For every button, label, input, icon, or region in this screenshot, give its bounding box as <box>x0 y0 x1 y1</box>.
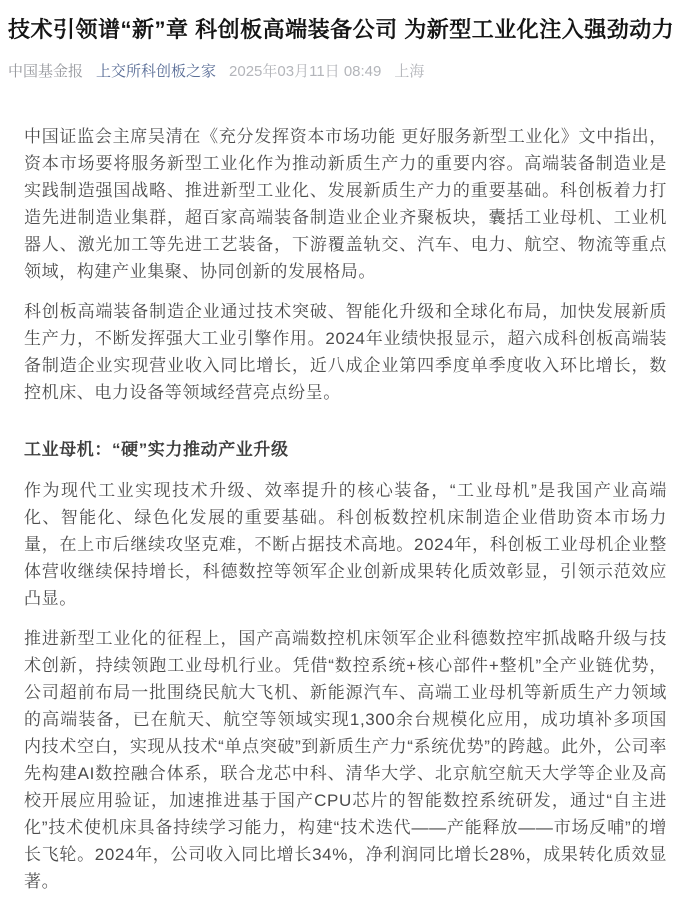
article-body: 中国证监会主席吴清在《充分发挥资本市场功能 更好服务新型工业化》文中指出，资本市… <box>8 123 683 895</box>
paragraph-section-2: 推进新型工业化的征程上，国产高端数控机床领军企业科德数控牢抓战略升级与技术创新，… <box>24 625 667 895</box>
source-name: 中国基金报 <box>8 61 83 82</box>
account-link[interactable]: 上交所科创板之家 <box>96 61 216 82</box>
publish-location: 上海 <box>394 61 424 82</box>
paragraph-section-1: 作为现代工业实现技术升级、效率提升的核心装备，“工业母机”是我国产业高端化、智能… <box>24 477 667 612</box>
paragraph-intro-2: 科创板高端装备制造企业通过技术突破、智能化升级和全球化布局，加快发展新质生产力，… <box>24 298 667 406</box>
article-meta: 中国基金报 上交所科创板之家 2025年03月11日 08:49 上海 <box>8 61 683 82</box>
article-title: 技术引领谱“新”章 科创板高端装备公司 为新型工业化注入强劲动力 <box>8 14 683 46</box>
publish-datetime: 2025年03月11日 08:49 <box>229 61 381 82</box>
paragraph-intro-1: 中国证监会主席吴清在《充分发挥资本市场功能 更好服务新型工业化》文中指出，资本市… <box>24 123 667 285</box>
section-heading-machine-tools: 工业母机：“硬”实力推动产业升级 <box>24 436 667 463</box>
article-page: 技术引领谱“新”章 科创板高端装备公司 为新型工业化注入强劲动力 中国基金报 上… <box>0 0 691 918</box>
